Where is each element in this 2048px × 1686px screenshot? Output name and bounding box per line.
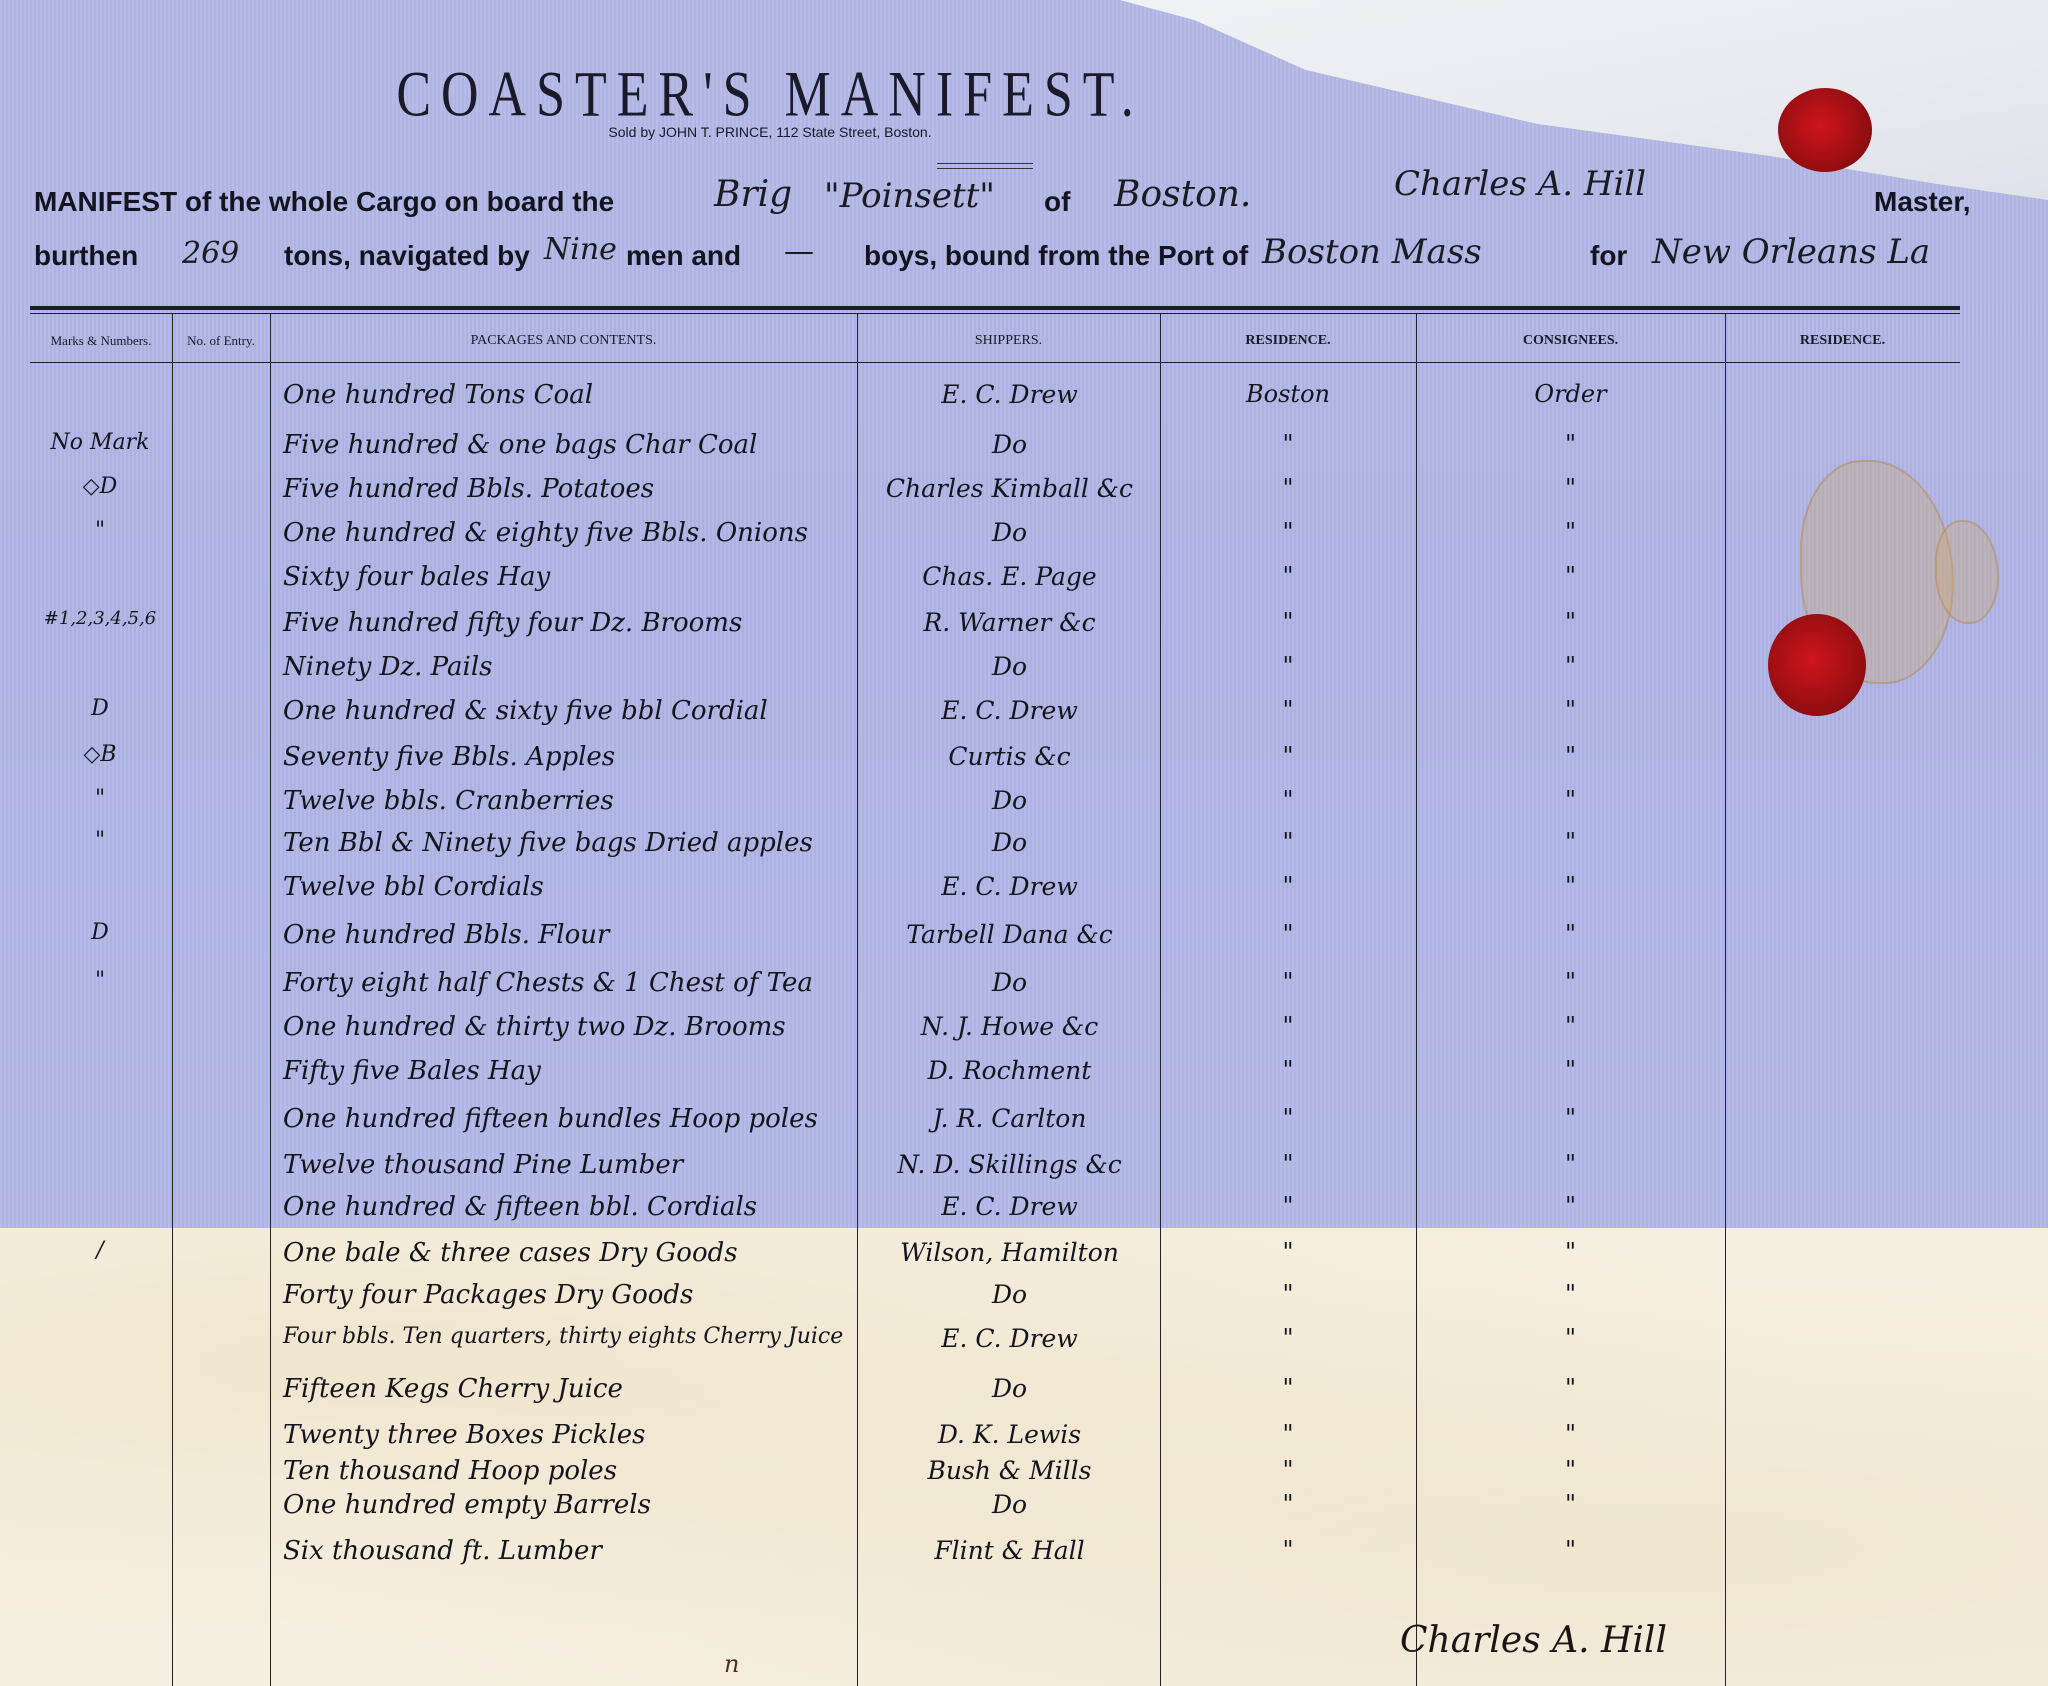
row-consignee: " — [1416, 562, 1725, 590]
row-shipper: Do — [862, 968, 1157, 997]
row-consignee: " — [1416, 1280, 1725, 1308]
row-mark: No Mark — [30, 430, 170, 455]
row-residence: " — [1160, 920, 1416, 948]
row-consignee: " — [1416, 742, 1725, 770]
table-row: DOne hundred & sixty five bbl CordialE. … — [0, 696, 2048, 734]
row-residence: " — [1160, 608, 1416, 636]
row-residence: " — [1160, 828, 1416, 856]
table-row: Ten thousand Hoop polesBush & Mills"" — [0, 1456, 2048, 1494]
header-residence: RESIDENCE. — [1160, 318, 1416, 362]
burthen-label: burthen — [34, 240, 138, 271]
boys-label: boys, bound from the Port of — [864, 240, 1248, 272]
wax-seal-top — [1778, 88, 1872, 172]
table-row: Four bbls. Ten quarters, thirty eights C… — [0, 1324, 2048, 1362]
table-row: Twelve bbl CordialsE. C. Drew"" — [0, 872, 2048, 910]
row-packages: Ninety Dz. Pails — [283, 652, 492, 682]
row-residence: " — [1160, 1374, 1416, 1402]
header-packages: PACKAGES AND CONTENTS. — [270, 318, 857, 362]
row-consignee: " — [1416, 1150, 1725, 1178]
row-mark: #1,2,3,4,5,6 — [30, 608, 170, 629]
row-packages: One hundred empty Barrels — [283, 1490, 651, 1520]
row-residence: " — [1160, 786, 1416, 814]
header-consignees: CONSIGNEES. — [1416, 318, 1725, 362]
table-row: Twenty three Boxes PicklesD. K. Lewis"" — [0, 1420, 2048, 1458]
row-consignee: " — [1416, 872, 1725, 900]
row-consignee: " — [1416, 652, 1725, 680]
row-residence: " — [1160, 1150, 1416, 1178]
row-consignee: " — [1416, 474, 1725, 502]
table-row: "Forty eight half Chests & 1 Chest of Te… — [0, 968, 2048, 1006]
row-consignee: " — [1416, 828, 1725, 856]
row-mark: / — [30, 1238, 170, 1263]
row-packages: Seventy five Bbls. Apples — [283, 742, 615, 772]
row-shipper: Do — [862, 518, 1157, 547]
row-residence: " — [1160, 1192, 1416, 1220]
header-marks: Marks & Numbers. — [30, 318, 172, 362]
row-mark: ◇B — [30, 742, 170, 767]
departure-port: Boston Mass — [1262, 232, 1482, 272]
row-packages: Ten Bbl & Ninety five bags Dried apples — [283, 828, 813, 858]
row-packages: Twelve thousand Pine Lumber — [283, 1150, 683, 1180]
men-label: men and — [626, 240, 741, 272]
row-consignee: " — [1416, 968, 1725, 996]
row-packages: One hundred fifteen bundles Hoop poles — [283, 1104, 818, 1134]
row-residence: " — [1160, 652, 1416, 680]
row-packages: Sixty four bales Hay — [283, 562, 550, 592]
table-row: Sixty four bales HayChas. E. Page"" — [0, 562, 2048, 600]
manifest-prefix: MANIFEST of the whole Cargo on board the — [34, 186, 614, 217]
master-label: Master, — [1874, 186, 1971, 218]
row-shipper: Do — [862, 1490, 1157, 1519]
stray-ink-mark: n — [724, 1650, 739, 1678]
row-consignee: " — [1416, 1456, 1725, 1484]
row-consignee: " — [1416, 1324, 1725, 1352]
manifest-line-vessel: MANIFEST of the whole Cargo on board the… — [34, 186, 2008, 218]
table-row: "Twelve bbls. CranberriesDo"" — [0, 786, 2048, 824]
row-mark: " — [30, 828, 170, 853]
row-residence: " — [1160, 518, 1416, 546]
row-residence: " — [1160, 1490, 1416, 1518]
boys-value: — — [784, 234, 814, 269]
row-shipper: Flint & Hall — [862, 1536, 1157, 1565]
master-signature: Charles A. Hill — [1400, 1620, 1667, 1661]
row-residence: " — [1160, 1012, 1416, 1040]
row-consignee: " — [1416, 1192, 1725, 1220]
row-shipper: Tarbell Dana &c — [862, 920, 1157, 949]
row-residence: " — [1160, 474, 1416, 502]
row-mark: D — [30, 696, 170, 721]
row-consignee: " — [1416, 1104, 1725, 1132]
header-entry: No. of Entry. — [172, 318, 270, 362]
row-consignee: " — [1416, 1238, 1725, 1266]
publisher-line: Sold by JOHN T. PRINCE, 112 State Street… — [0, 124, 1540, 140]
row-residence: " — [1160, 742, 1416, 770]
row-packages: One hundred Bbls. Flour — [283, 920, 609, 950]
row-shipper: N. D. Skillings &c — [862, 1150, 1157, 1179]
row-residence: " — [1160, 1104, 1416, 1132]
row-residence: " — [1160, 1324, 1416, 1352]
table-row: One hundred Tons CoalE. C. DrewBostonOrd… — [0, 380, 2048, 418]
table-row: One hundred fifteen bundles Hoop polesJ.… — [0, 1104, 2048, 1142]
table-row: "One hundred & eighty five Bbls. OnionsD… — [0, 518, 2048, 556]
document-title: COASTER'S MANIFEST. — [0, 58, 1540, 132]
vessel-name: "Poinsett" — [824, 176, 995, 216]
row-consignee: " — [1416, 696, 1725, 724]
row-shipper: Curtis &c — [862, 742, 1157, 771]
row-mark: ◇D — [30, 474, 170, 499]
row-packages: Forty eight half Chests & 1 Chest of Tea — [283, 968, 813, 998]
row-residence: " — [1160, 562, 1416, 590]
vessel-type: Brig — [714, 174, 792, 215]
row-residence: " — [1160, 430, 1416, 458]
row-packages: One hundred & thirty two Dz. Brooms — [283, 1012, 786, 1042]
row-shipper: Do — [862, 652, 1157, 681]
row-packages: One hundred & eighty five Bbls. Onions — [283, 518, 808, 548]
table-row: "Ten Bbl & Ninety five bags Dried apples… — [0, 828, 2048, 866]
master-name: Charles A. Hill — [1394, 164, 1646, 204]
row-packages: Twelve bbls. Cranberries — [283, 786, 614, 816]
table-row: Ninety Dz. PailsDo"" — [0, 652, 2048, 690]
row-packages: Four bbls. Ten quarters, thirty eights C… — [283, 1324, 843, 1349]
row-packages: Fifty five Bales Hay — [283, 1056, 541, 1086]
row-mark: D — [30, 920, 170, 945]
row-shipper: E. C. Drew — [862, 696, 1157, 725]
row-shipper: Bush & Mills — [862, 1456, 1157, 1485]
row-consignee: " — [1416, 518, 1725, 546]
row-residence: Boston — [1160, 380, 1416, 408]
row-packages: Five hundred & one bags Char Coal — [283, 430, 757, 460]
row-shipper: D. K. Lewis — [862, 1420, 1157, 1449]
row-shipper: Do — [862, 1374, 1157, 1403]
row-packages: Ten thousand Hoop poles — [283, 1456, 617, 1486]
row-shipper: R. Warner &c — [862, 608, 1157, 637]
of-label: of — [1044, 186, 1070, 218]
row-shipper: J. R. Carlton — [862, 1104, 1157, 1133]
table-top-rule-thin — [30, 313, 1960, 314]
row-consignee: Order — [1416, 380, 1725, 408]
title-rule — [937, 163, 1033, 169]
row-shipper: Do — [862, 1280, 1157, 1309]
table-row: #1,2,3,4,5,6Five hundred fifty four Dz. … — [0, 608, 2048, 646]
row-residence: " — [1160, 1456, 1416, 1484]
row-consignee: " — [1416, 1420, 1725, 1448]
row-packages: Five hundred fifty four Dz. Brooms — [283, 608, 742, 638]
table-row: Fifty five Bales HayD. Rochment"" — [0, 1056, 2048, 1094]
table-row: DOne hundred Bbls. FlourTarbell Dana &c"… — [0, 920, 2048, 958]
row-consignee: " — [1416, 1012, 1725, 1040]
row-packages: Fifteen Kegs Cherry Juice — [283, 1374, 623, 1404]
home-port: Boston. — [1114, 174, 1251, 215]
row-consignee: " — [1416, 1374, 1725, 1402]
table-row: No MarkFive hundred & one bags Char Coal… — [0, 430, 2048, 468]
row-shipper: Wilson, Hamilton — [862, 1238, 1157, 1267]
for-label: for — [1590, 240, 1627, 272]
table-row: ◇BSeventy five Bbls. ApplesCurtis &c"" — [0, 742, 2048, 780]
row-mark: " — [30, 968, 170, 993]
row-consignee: " — [1416, 786, 1725, 814]
row-packages: One bale & three cases Dry Goods — [283, 1238, 738, 1268]
table-row: One hundred & thirty two Dz. BroomsN. J.… — [0, 1012, 2048, 1050]
row-packages: Twenty three Boxes Pickles — [283, 1420, 645, 1450]
row-packages: One hundred & sixty five bbl Cordial — [283, 696, 768, 726]
row-consignee: " — [1416, 608, 1725, 636]
row-consignee: " — [1416, 1490, 1725, 1518]
row-consignee: " — [1416, 920, 1725, 948]
table-row: One hundred empty BarrelsDo"" — [0, 1490, 2048, 1528]
row-residence: " — [1160, 1420, 1416, 1448]
header-shippers: SHIPPERS. — [857, 318, 1160, 362]
row-mark: " — [30, 518, 170, 543]
table-row: Fifteen Kegs Cherry JuiceDo"" — [0, 1374, 2048, 1412]
table-row: /One bale & three cases Dry GoodsWilson,… — [0, 1238, 2048, 1276]
row-packages: Five hundred Bbls. Potatoes — [283, 474, 654, 504]
row-packages: One hundred & fifteen bbl. Cordials — [283, 1192, 757, 1222]
row-residence: " — [1160, 872, 1416, 900]
row-shipper: N. J. Howe &c — [862, 1012, 1157, 1041]
row-shipper: E. C. Drew — [862, 872, 1157, 901]
row-shipper: E. C. Drew — [862, 1324, 1157, 1353]
row-packages: Twelve bbl Cordials — [283, 872, 544, 902]
men-value: Nine — [544, 232, 617, 267]
row-consignee: " — [1416, 1536, 1725, 1564]
table-row: One hundred & fifteen bbl. CordialsE. C.… — [0, 1192, 2048, 1230]
row-consignee: " — [1416, 430, 1725, 458]
row-residence: " — [1160, 1280, 1416, 1308]
row-packages: Forty four Packages Dry Goods — [283, 1280, 693, 1310]
row-residence: " — [1160, 1238, 1416, 1266]
row-shipper: E. C. Drew — [862, 380, 1157, 409]
row-shipper: E. C. Drew — [862, 1192, 1157, 1221]
row-shipper: Chas. E. Page — [862, 562, 1157, 591]
row-shipper: Do — [862, 430, 1157, 459]
header-residence-2: RESIDENCE. — [1725, 318, 1960, 362]
row-packages: One hundred Tons Coal — [283, 380, 593, 410]
manifest-line-voyage: burthen 269 tons, navigated by Nine men … — [34, 240, 2008, 272]
table-row: Twelve thousand Pine LumberN. D. Skillin… — [0, 1150, 2048, 1188]
row-residence: " — [1160, 696, 1416, 724]
row-shipper: Do — [862, 786, 1157, 815]
row-consignee: " — [1416, 1056, 1725, 1084]
row-residence: " — [1160, 1536, 1416, 1564]
table-row: ◇DFive hundred Bbls. PotatoesCharles Kim… — [0, 474, 2048, 512]
table-header-rule — [30, 362, 1960, 363]
row-shipper: D. Rochment — [862, 1056, 1157, 1085]
row-shipper: Do — [862, 828, 1157, 857]
tons-value: 269 — [182, 236, 239, 271]
destination-port: New Orleans La — [1652, 232, 1930, 272]
row-packages: Six thousand ft. Lumber — [283, 1536, 602, 1566]
row-mark: " — [30, 786, 170, 811]
row-residence: " — [1160, 1056, 1416, 1084]
row-residence: " — [1160, 968, 1416, 996]
table-row: Forty four Packages Dry GoodsDo"" — [0, 1280, 2048, 1318]
tons-label: tons, navigated by — [284, 240, 530, 272]
table-top-rule — [30, 306, 1960, 310]
table-row: Six thousand ft. LumberFlint & Hall"" — [0, 1536, 2048, 1574]
row-shipper: Charles Kimball &c — [862, 474, 1157, 503]
